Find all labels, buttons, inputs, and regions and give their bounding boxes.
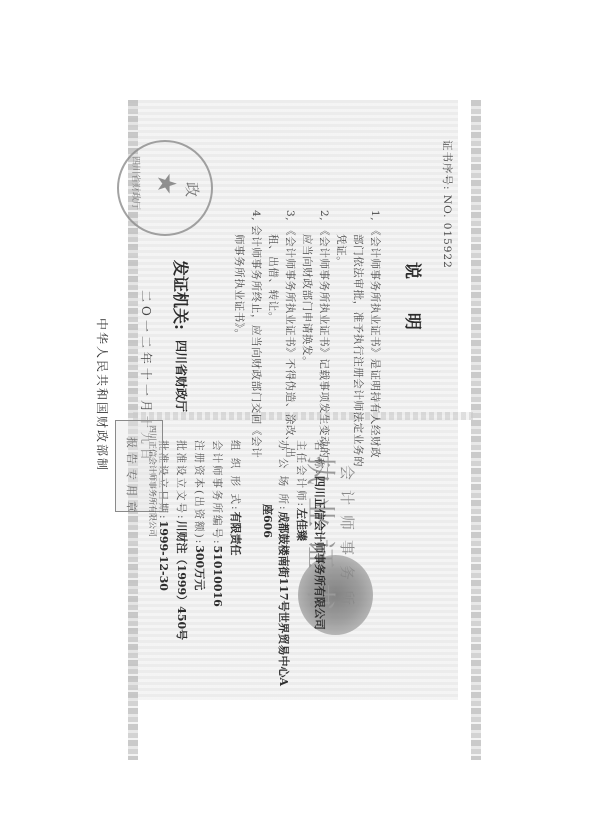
explanation-item-number: 2, bbox=[318, 210, 330, 225]
field-value: 座606 bbox=[261, 504, 274, 538]
explanation-item-text: 《会计师事务所执业证书》是证明持有人经财政 bbox=[369, 225, 381, 458]
explanation-item-text: 凭证。 bbox=[335, 234, 347, 267]
explanation-item-number: 4, bbox=[250, 210, 262, 225]
issuer-label: 发证机关: bbox=[170, 260, 193, 330]
explanation-item-text: 会计师事务所终止，应当向财政部门交回《会计 bbox=[250, 225, 262, 458]
certificate-field: 组 织 形 式:有限责任 bbox=[228, 440, 247, 556]
field-label: 名 称: bbox=[313, 440, 325, 476]
field-value: 51010016 bbox=[211, 546, 224, 607]
explanation-item-line: 凭证。 bbox=[334, 234, 349, 267]
explanation-item-text: 租、出借、转让。 bbox=[267, 234, 279, 323]
report-stamp: 四川正信会计师事务所有限公司 报告专用章 bbox=[115, 420, 163, 512]
explanation-item-text: 《会计师事务所执业证书》不得伪造、涂改、出 bbox=[284, 225, 296, 458]
center-fold-pattern bbox=[133, 412, 473, 420]
report-stamp-company: 四川正信会计师事务所有限公司 bbox=[147, 425, 158, 537]
ministry-name: 中华人民共和国财政部制 bbox=[94, 318, 111, 472]
explanation-item-number: 3, bbox=[284, 210, 296, 225]
issuer-value: 四川省财政厅 bbox=[173, 340, 190, 412]
explanation-item-line: 租、出借、转让。 bbox=[266, 234, 281, 323]
field-label: 会计师事务所编号: bbox=[211, 440, 223, 546]
report-stamp-label: 报告专用章 bbox=[124, 437, 140, 517]
explanation-item-line: 部门依法审批，准予执行注册会计师法定业务的 bbox=[351, 234, 366, 467]
field-value: 四川正信会计师事务所有限公司 bbox=[313, 476, 326, 630]
explanation-item-line: 应当向财政部门申请换发。 bbox=[300, 234, 315, 367]
certificate-page: 证书序号: NO. 015922 说 明 1, 《会计师事务所执业证书》是证明持… bbox=[0, 0, 593, 839]
seal-text: 四川省财政厅 bbox=[130, 156, 143, 210]
certificate-field: 座606 bbox=[260, 440, 279, 538]
explanation-item-line: 2, 《会计师事务所执业证书》记载事项发生变动的， bbox=[317, 210, 332, 469]
field-label: 组 织 形 式: bbox=[229, 440, 241, 512]
explanation-item-number: 1, bbox=[369, 210, 381, 225]
serial-number: 证书序号: NO. 015922 bbox=[440, 140, 455, 269]
explanation-item-line: 1, 《会计师事务所执业证书》是证明持有人经财政 bbox=[368, 210, 383, 458]
certificate-field: 名 称:四川正信会计师事务所有限公司 bbox=[312, 440, 331, 630]
field-label: 批准设立文号: bbox=[175, 440, 187, 521]
explanation-item-line: 师事务所执业证书》。 bbox=[232, 234, 247, 340]
explanation-item-text: 部门依法审批，准予执行注册会计师法定业务的 bbox=[352, 234, 364, 467]
field-label: 注册资本(出资额): bbox=[193, 440, 205, 545]
explanation-item-text: 《会计师事务所执业证书》记载事项发生变动的， bbox=[318, 225, 330, 469]
seal-char: 政 bbox=[182, 182, 203, 197]
seal-star-icon: ★ bbox=[151, 172, 181, 195]
top-border-pattern bbox=[471, 100, 481, 760]
field-value: 1999-12-30 bbox=[157, 521, 170, 591]
explanation-item-line: 3, 《会计师事务所执业证书》不得伪造、涂改、出 bbox=[283, 210, 298, 458]
certificate-field: 会计师事务所编号:51010016 bbox=[210, 440, 229, 607]
explanation-item-text: 应当向财政部门申请换发。 bbox=[301, 234, 313, 367]
certificate-field: 注册资本(出资额):300万元 bbox=[192, 440, 211, 590]
field-value: 300万元 bbox=[193, 545, 206, 590]
field-value: 川财注（1999）450号 bbox=[175, 521, 188, 641]
serial-label: 证书序号: bbox=[441, 140, 453, 191]
official-seal: 政 ★ 四川省财政厅 bbox=[117, 140, 213, 236]
field-value: 有限责任 bbox=[229, 512, 242, 556]
explanation-item-line: 4, 会计师事务所终止，应当向财政部门交回《会计 bbox=[249, 210, 264, 458]
explanation-heading: 说 明 bbox=[402, 262, 427, 344]
certificate-field: 主任会计师:左佳臻 bbox=[294, 440, 313, 541]
certificate-field: 批准设立文号:川财注（1999）450号 bbox=[174, 440, 193, 640]
field-label: 主任会计师: bbox=[295, 440, 307, 508]
explanation-item-text: 师事务所执业证书》。 bbox=[233, 234, 245, 340]
serial-value: NO. 015922 bbox=[441, 195, 453, 269]
field-value: 左佳臻 bbox=[295, 508, 308, 541]
